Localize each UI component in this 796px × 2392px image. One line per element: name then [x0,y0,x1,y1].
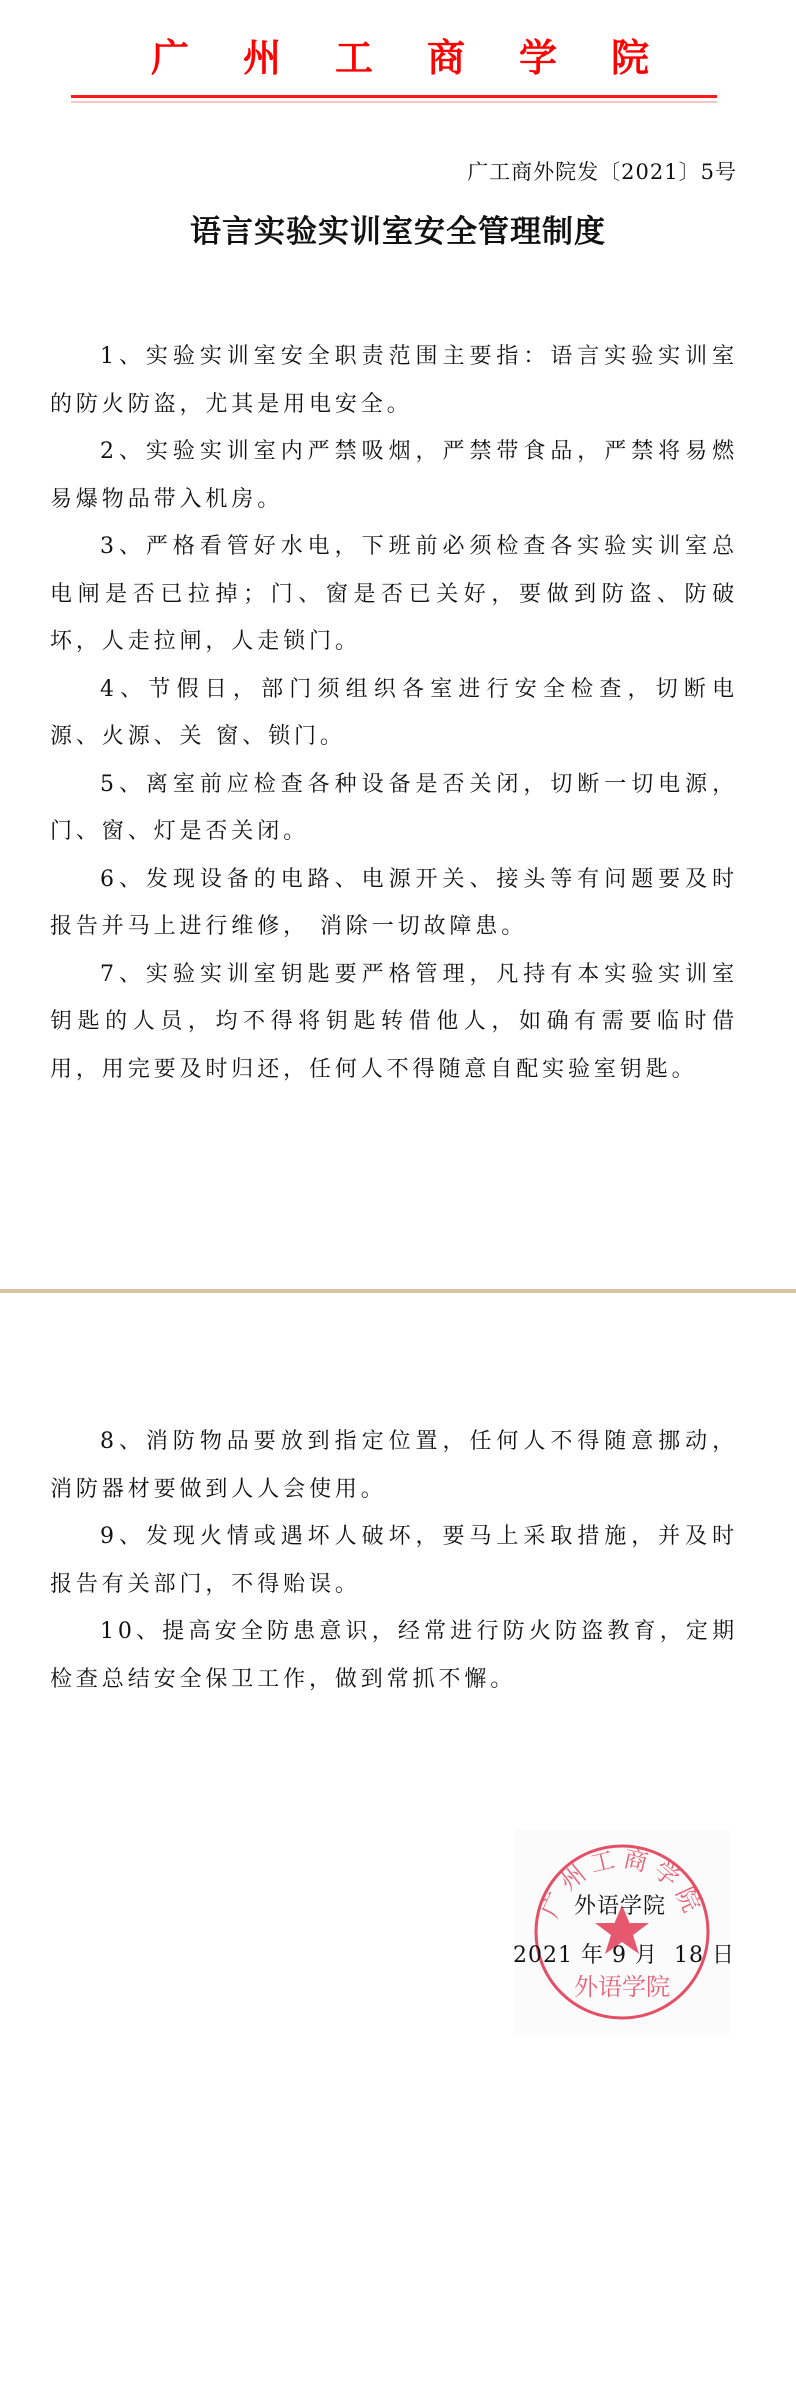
signature-date: 2021 年 9 月 18 日 [513,1942,735,1970]
document-title: 语言实验实训室安全管理制度 [0,212,796,252]
document-number: 广工商外院发〔2021〕5号 [467,158,737,186]
page2-body: 8、消防物品要放到指定位置，任何人不得随意挪动，消防器材要做到人人会使用。 9、… [50,1418,738,1703]
official-seal-icon: 广州工商学院 外语学院 [533,1843,711,2021]
letterhead-char: 院 [610,34,650,82]
letterhead-char: 商 [426,34,466,82]
page-separator [0,1289,796,1293]
rule-paragraph-7: 7、实验实训室钥匙要严格管理，凡持有本实验实训室钥匙的人员，均不得将钥匙转借他人… [50,951,738,1094]
rule-paragraph-1: 1、实验实训室安全职责范围主要指：语言实验实训室的防火防盗，尤其是用电安全。 [50,333,738,428]
signature-organization: 外语学院 [574,1893,666,1921]
rule-paragraph-4: 4、节假日，部门须组织各室进行安全检查，切断电源、火源、关 窗、锁门。 [50,666,738,761]
letterhead-char: 工 [334,34,374,82]
page1-body: 1、实验实训室安全职责范围主要指：语言实验实训室的防火防盗，尤其是用电安全。 2… [50,333,738,1093]
letterhead-pink-rule [71,101,717,103]
rule-paragraph-10: 10、提高安全防患意识，经常进行防火防盗教育，定期检查总结安全保卫工作，做到常抓… [50,1608,738,1703]
letterhead-char: 广 [150,34,190,82]
rule-paragraph-3: 3、严格看管好水电，下班前必须检查各实验实训室总电闸是否已拉掉；门、窗是否已关好… [50,523,738,666]
svg-text:外语学院: 外语学院 [574,1973,670,2001]
rule-paragraph-2: 2、实验实训室内严禁吸烟，严禁带食品，严禁将易燃易爆物品带入机房。 [50,428,738,523]
letterhead-char: 学 [518,34,558,82]
letterhead-char: 州 [242,34,282,82]
rule-paragraph-6: 6、发现设备的电路、电源开关、接头等有问题要及时报告并马上进行维修， 消除一切故… [50,856,738,951]
rule-paragraph-9: 9、发现火情或遇坏人破坏，要马上采取措施，并及时报告有关部门，不得贻误。 [50,1513,738,1608]
rule-paragraph-5: 5、离室前应检查各种设备是否关闭，切断一切电源，门、窗、灯是否关闭。 [50,761,738,856]
letterhead-title: 广 州 工 商 学 院 [150,34,650,82]
letterhead-red-rule [71,95,717,98]
rule-paragraph-8: 8、消防物品要放到指定位置，任何人不得随意挪动，消防器材要做到人人会使用。 [50,1418,738,1513]
